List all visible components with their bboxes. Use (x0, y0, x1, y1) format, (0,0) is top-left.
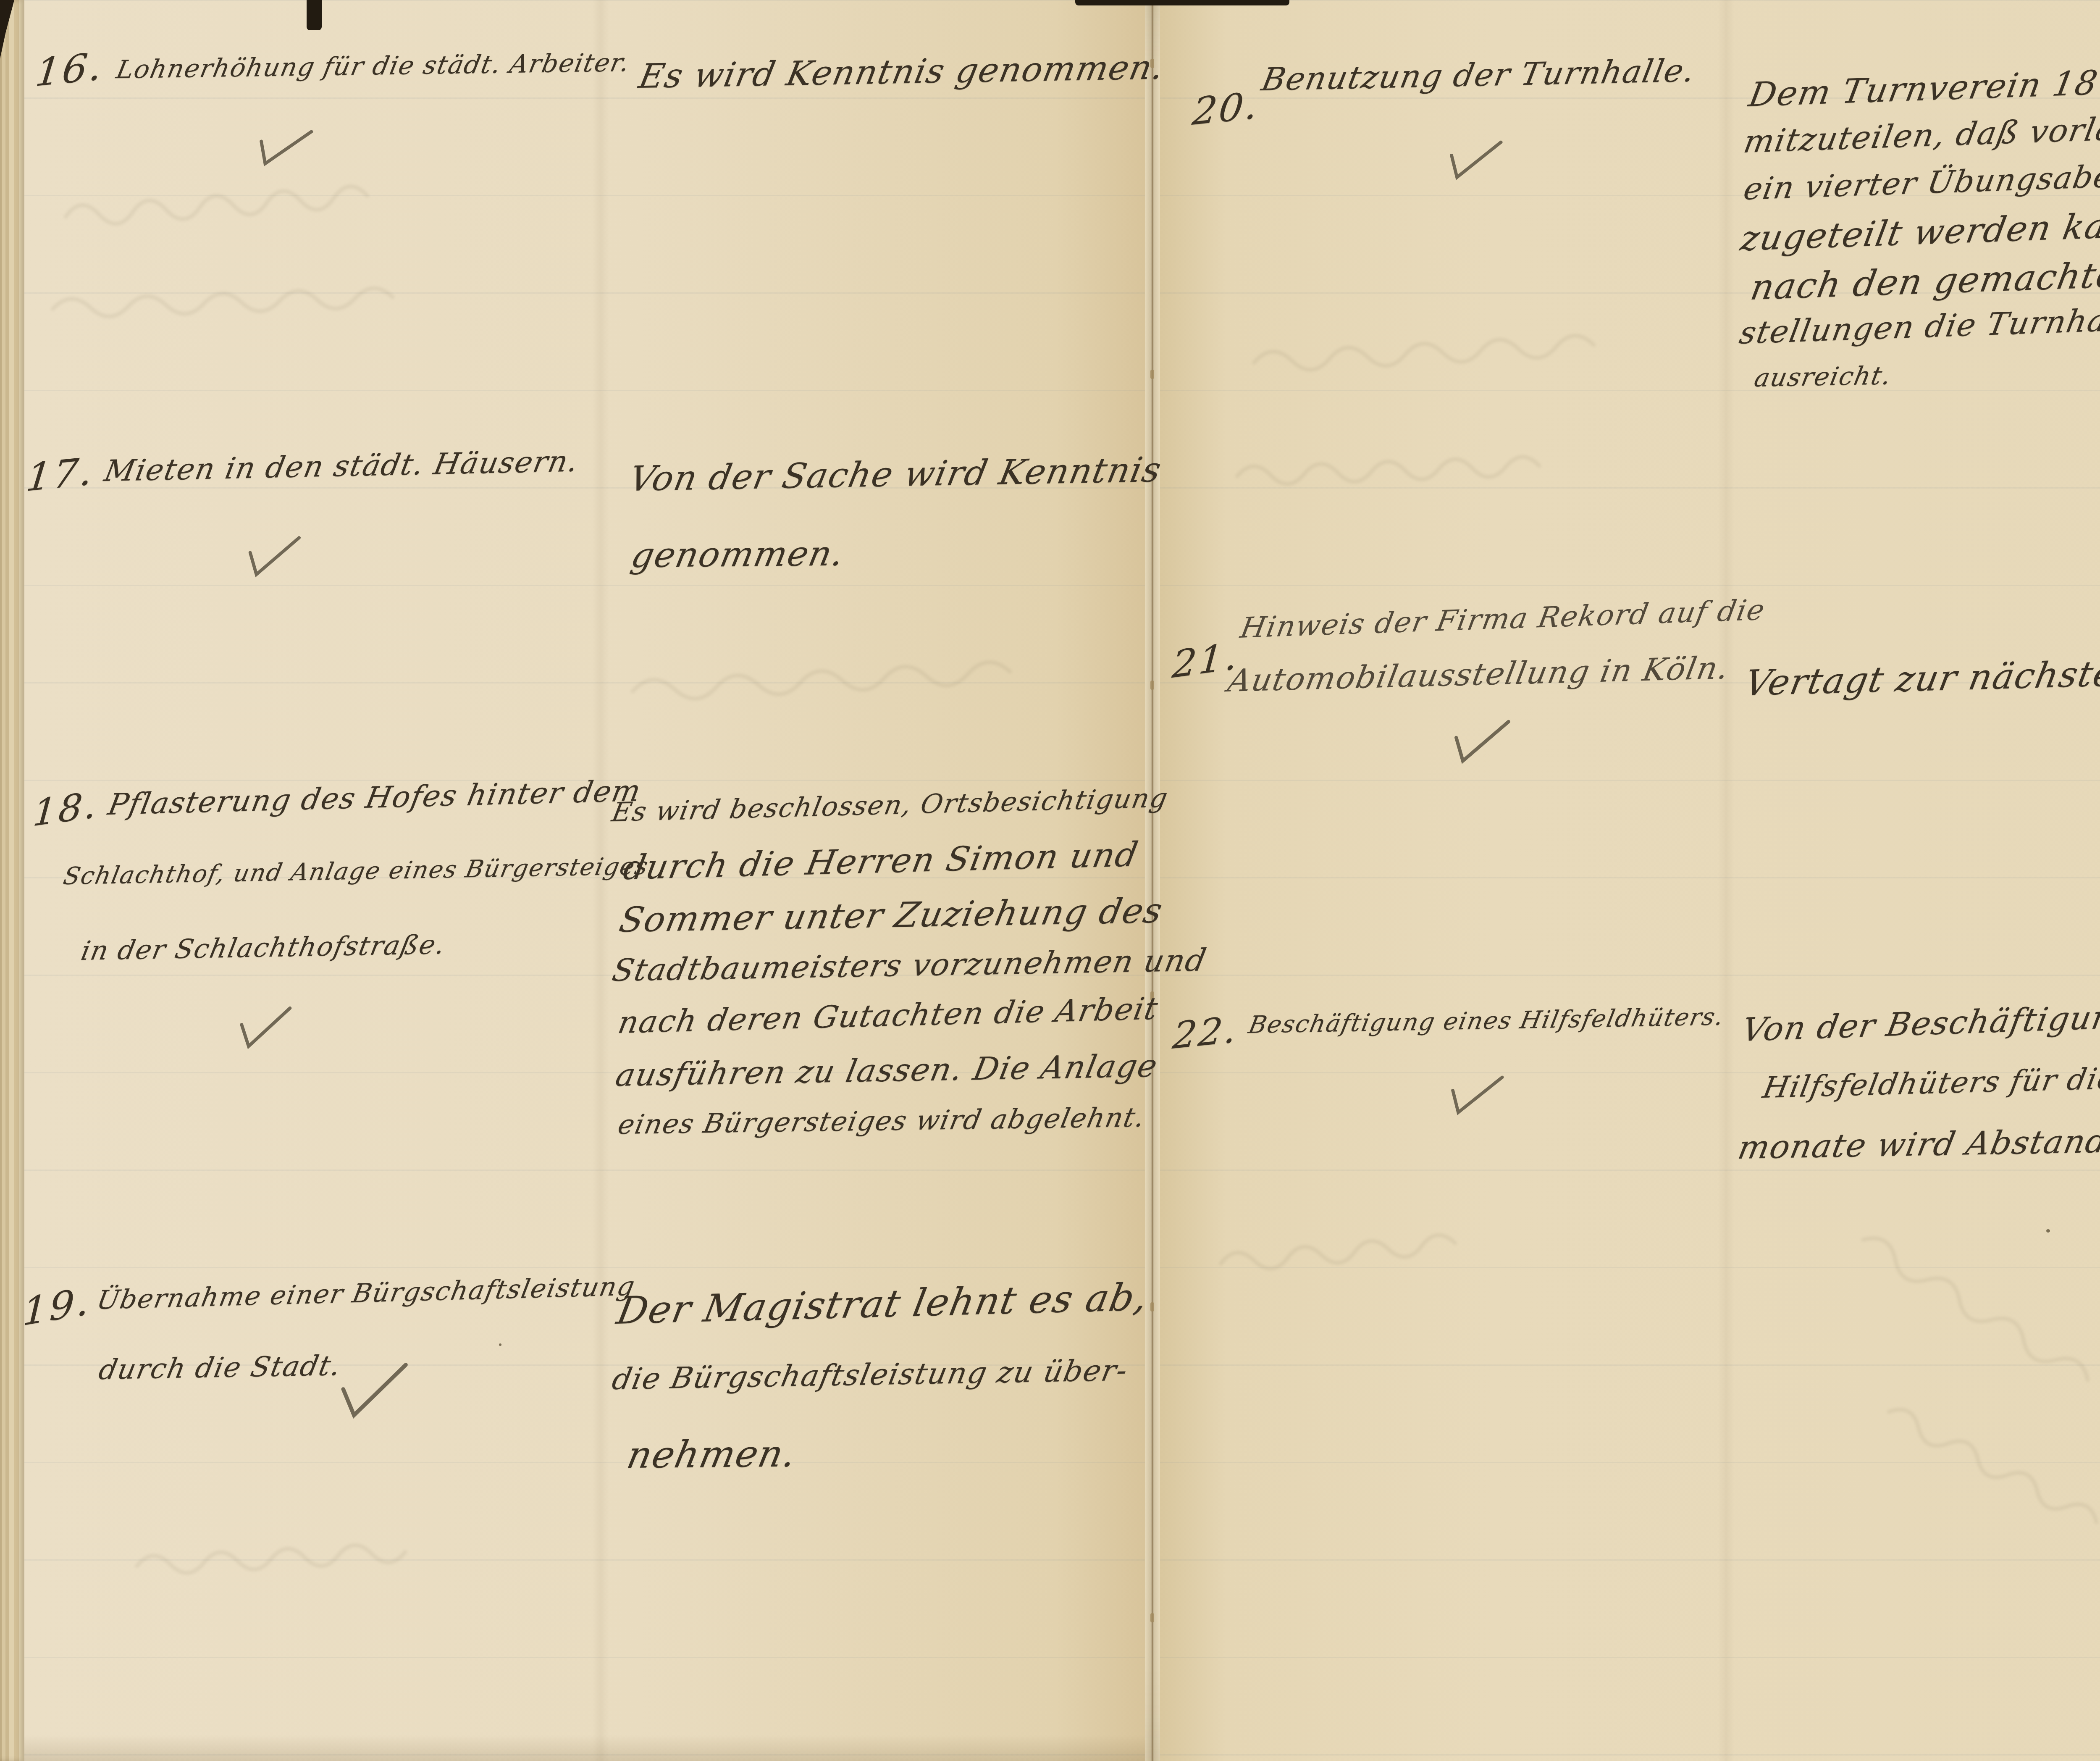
binding-stitch (1150, 681, 1154, 690)
binding-gutter (1145, 0, 1160, 1761)
entry-17-number: 17. (24, 452, 96, 497)
pencil-check-icon (1441, 705, 1516, 780)
entry-18-number: 18. (31, 786, 99, 832)
pencil-check-icon (228, 994, 297, 1062)
entry-18-resolution-line: Sommer unter Zuziehung des (617, 894, 1166, 938)
entry-19-resolution-line: die Bürgschaftsleistung zu über- (610, 1356, 1131, 1394)
binding-stitch (1150, 1302, 1154, 1312)
book-page-edges (0, 0, 24, 1761)
entry-16-topic-line: Lohnerhöhung für die städt. Arbeiter. (114, 50, 632, 82)
paper-speck (499, 1343, 501, 1346)
binding-stitch (1150, 370, 1154, 379)
binding-seam (1152, 0, 1153, 1761)
entry-18-resolution-line: eines Bürgersteiges wird abgelehnt. (616, 1104, 1147, 1138)
entry-17-resolution-line: Von der Sache wird Kenntnis (627, 453, 1165, 497)
entry-19-resolution-line: nehmen. (624, 1435, 800, 1474)
entry-22-number: 22. (1171, 1011, 1240, 1054)
entry-17-resolution-line: genommen. (628, 537, 848, 573)
entry-22-resolution-line: monate wird Abstand genommen. (1735, 1122, 2100, 1164)
entry-20-resolution-line: ausreicht. (1752, 363, 1894, 391)
entry-16-resolution-line: Es wird Kenntnis genommen. (636, 50, 1167, 93)
pencil-check-icon (236, 522, 306, 592)
ledger-spread: 16. Lohnerhöhung für die städt. Arbeiter… (0, 0, 2100, 1761)
pencil-check-icon (331, 1351, 412, 1432)
page-bottom-shadow (24, 1735, 1145, 1761)
entry-16-number: 16. (34, 47, 105, 92)
entry-19-number: 19. (22, 1282, 91, 1332)
entry-20-number: 20. (1191, 87, 1261, 131)
binding-stitch (1150, 1613, 1154, 1622)
entry-18-topic-line: in der Schlachthofstraße. (79, 931, 448, 964)
scan-edge-notch (307, 0, 322, 30)
paper-speck (2046, 1229, 2050, 1233)
page-crease (1718, 0, 1735, 1761)
entry-20-topic-line: Benutzung der Turnhalle. (1259, 55, 1698, 95)
scan-edge-shadow (1075, 0, 1289, 5)
entry-19-topic-line: durch die Stadt. (97, 1352, 344, 1384)
entry-18-resolution-line: ausführen zu lassen. Die Anlage (613, 1050, 1160, 1091)
